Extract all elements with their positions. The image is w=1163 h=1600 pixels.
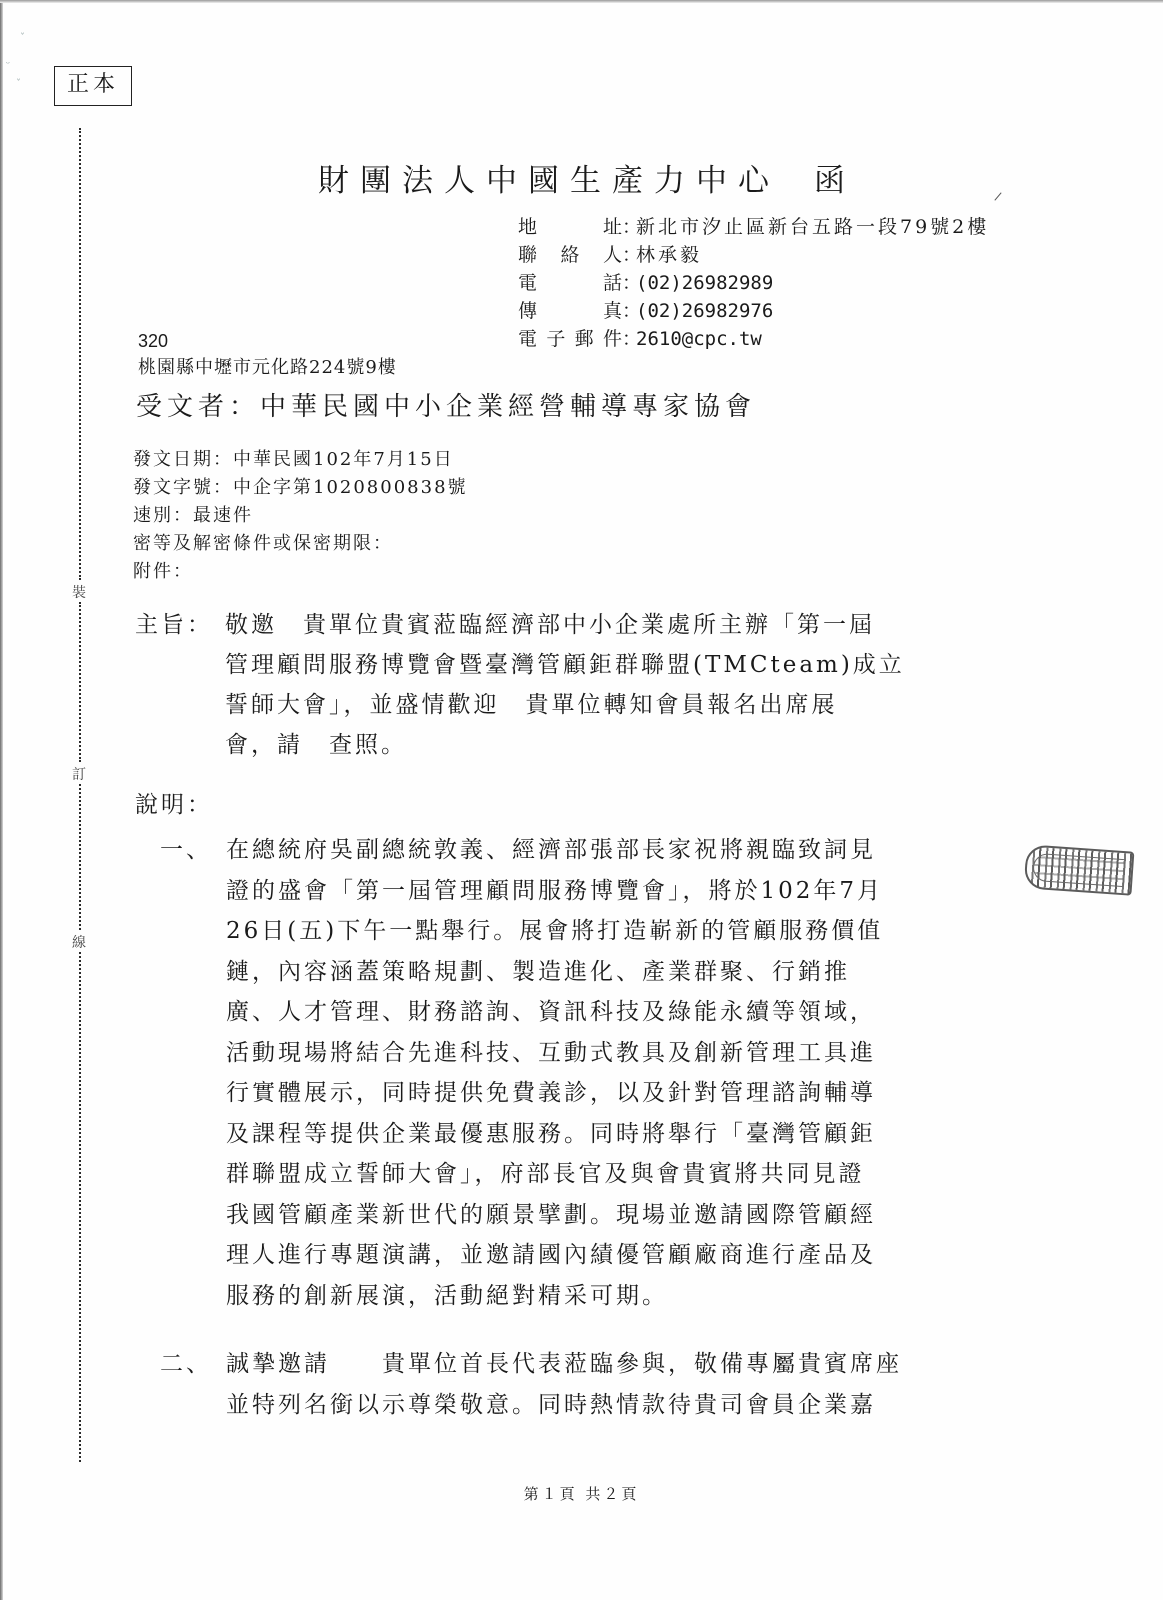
explanation-label: 說明： — [135, 786, 213, 819]
recipient-address: 桃園縣中壢市元化路224號9樓 — [138, 353, 397, 379]
document-page: ˇ ᵕ ˇ 正本 裝 訂 線 財團法人中國生產力中心函 地址 ： 新北市汐止區新… — [0, 0, 1163, 1600]
item-line: 在總統府吳副總統敦義、經濟部張部長家祝將親臨致詞見 — [226, 830, 883, 871]
binding-line — [79, 128, 81, 580]
item-line: 及課程等提供企業最優惠服務。同時將舉行「臺灣管顧鉅 — [226, 1114, 883, 1155]
item-line: 26日(五)下午一點舉行。展會將打造嶄新的管顧服務價值 — [226, 911, 883, 952]
document-title: 財團法人中國生產力中心函 — [318, 155, 856, 200]
subject-line: 管理顧問服務博覽會暨臺灣管顧鉅群聯盟(TMCteam)成立 — [225, 645, 985, 685]
binding-mark: 訂 — [68, 764, 90, 784]
subject-section: 主旨： 敬邀 貴單位貴賓蒞臨經濟部中小企業處所主辦「第一屆 管理顧問服務博覽會暨… — [135, 605, 985, 765]
recipient: 受文者：中華民國中小企業經營輔導專家協會 — [136, 386, 756, 423]
sender-email: 2610@cpc.tw — [636, 325, 762, 353]
original-copy-mark: 正本 — [54, 66, 132, 106]
seal-stamp-icon — [1024, 844, 1135, 895]
subject-label: 主旨： — [135, 605, 225, 765]
subject-line: 誓師大會」，並盛情歡迎 貴單位轉知會員報名出席展 — [225, 685, 985, 725]
sender-info: 地址 ： 新北市汐止區新台五路一段79號2樓 聯絡人 ： 林承毅 電話 ： (0… — [518, 213, 989, 353]
issuing-organization: 財團法人中國生產力中心 — [318, 163, 780, 199]
binding-line — [79, 784, 81, 930]
binding-line — [79, 602, 81, 762]
binding-line — [79, 952, 81, 1462]
item-line: 並特列名銜以示尊榮敬意。同時熱情款待貴司會員企業嘉 — [226, 1385, 902, 1426]
scan-smudge: ˇ — [16, 80, 21, 90]
sender-email-row: 電子郵件 ： 2610@cpc.tw — [518, 325, 989, 353]
item-line: 誠摯邀請 貴單位首長代表蒞臨參與，敬備專屬貴賓席座 — [226, 1344, 902, 1385]
recipient-zip-code: 320 — [138, 331, 168, 352]
urgency-level: 速別：最速件 — [133, 502, 468, 530]
document-meta: 發文日期：中華民國102年7月15日 發文字號：中企字第1020800838號 … — [133, 446, 468, 586]
binding-mark: 線 — [68, 932, 90, 952]
sender-address-row: 地址 ： 新北市汐止區新台五路一段79號2樓 — [518, 213, 989, 241]
scan-edge — [0, 0, 3, 1600]
sender-contact-row: 聯絡人 ： 林承毅 — [518, 241, 989, 269]
item-line: 我國管顧產業新世代的願景擘劃。現場並邀請國際管顧經 — [226, 1195, 883, 1236]
sender-fax-row: 傳真 ： (02)26982976 — [518, 297, 989, 325]
sender-address: 新北市汐止區新台五路一段79號2樓 — [636, 213, 989, 241]
sender-fax: (02)26982976 — [636, 297, 773, 325]
item-number: 二、 — [160, 1344, 226, 1425]
item-line: 證的盛會「第一屆管理顧問服務博覽會」，將於102年7月 — [226, 871, 883, 912]
subject-line: 敬邀 貴單位貴賓蒞臨經濟部中小企業處所主辦「第一屆 — [225, 605, 985, 645]
document-type: 函 — [814, 163, 856, 199]
item-body: 誠摯邀請 貴單位首長代表蒞臨參與，敬備專屬貴賓席座 並特列名銜以示尊榮敬意。同時… — [226, 1344, 902, 1425]
explanation-item: 二、 誠摯邀請 貴單位首長代表蒞臨參與，敬備專屬貴賓席座 並特列名銜以示尊榮敬意… — [160, 1344, 902, 1425]
issue-number: 發文字號：中企字第1020800838號 — [133, 474, 468, 502]
sender-phone-row: 電話 ： (02)26982989 — [518, 269, 989, 297]
scan-smudge: ᵕ — [6, 60, 10, 70]
item-line: 理人進行專題演講，並邀請國內績優管顧廠商進行產品及 — [226, 1235, 883, 1276]
pen-mark — [994, 192, 1001, 200]
classification: 密等及解密條件或保密期限： — [133, 530, 468, 558]
item-line: 服務的創新展演，活動絕對精采可期。 — [226, 1276, 883, 1317]
item-line: 行實體展示，同時提供免費義診，以及針對管理諮詢輔導 — [226, 1073, 883, 1114]
item-number: 一、 — [160, 830, 226, 1316]
attachment: 附件： — [133, 558, 468, 586]
sender-phone: (02)26982989 — [636, 269, 773, 297]
issue-date: 發文日期：中華民國102年7月15日 — [133, 446, 468, 474]
item-line: 鏈，內容涵蓋策略規劃、製造進化、產業群聚、行銷推 — [226, 952, 883, 993]
item-line: 活動現場將結合先進科技、互動式教具及創新管理工具進 — [226, 1033, 883, 1074]
item-line: 群聯盟成立誓師大會」，府部長官及與會貴賓將共同見證 — [226, 1154, 883, 1195]
binding-mark: 裝 — [68, 582, 90, 602]
item-line: 廣、人才管理、財務諮詢、資訊科技及綠能永續等領域， — [226, 992, 883, 1033]
explanation-item: 一、 在總統府吳副總統敦義、經濟部張部長家祝將親臨致詞見 證的盛會「第一屆管理顧… — [160, 830, 883, 1316]
subject-line: 會，請 查照。 — [225, 725, 985, 765]
page-indicator: 第１頁 共２頁 — [0, 1483, 1163, 1504]
scan-smudge: ˇ — [20, 34, 25, 44]
sender-contact-person: 林承毅 — [636, 241, 702, 269]
subject-body: 敬邀 貴單位貴賓蒞臨經濟部中小企業處所主辦「第一屆 管理顧問服務博覽會暨臺灣管顧… — [225, 605, 985, 765]
scan-edge — [0, 0, 1163, 3]
item-body: 在總統府吳副總統敦義、經濟部張部長家祝將親臨致詞見 證的盛會「第一屆管理顧問服務… — [226, 830, 883, 1316]
